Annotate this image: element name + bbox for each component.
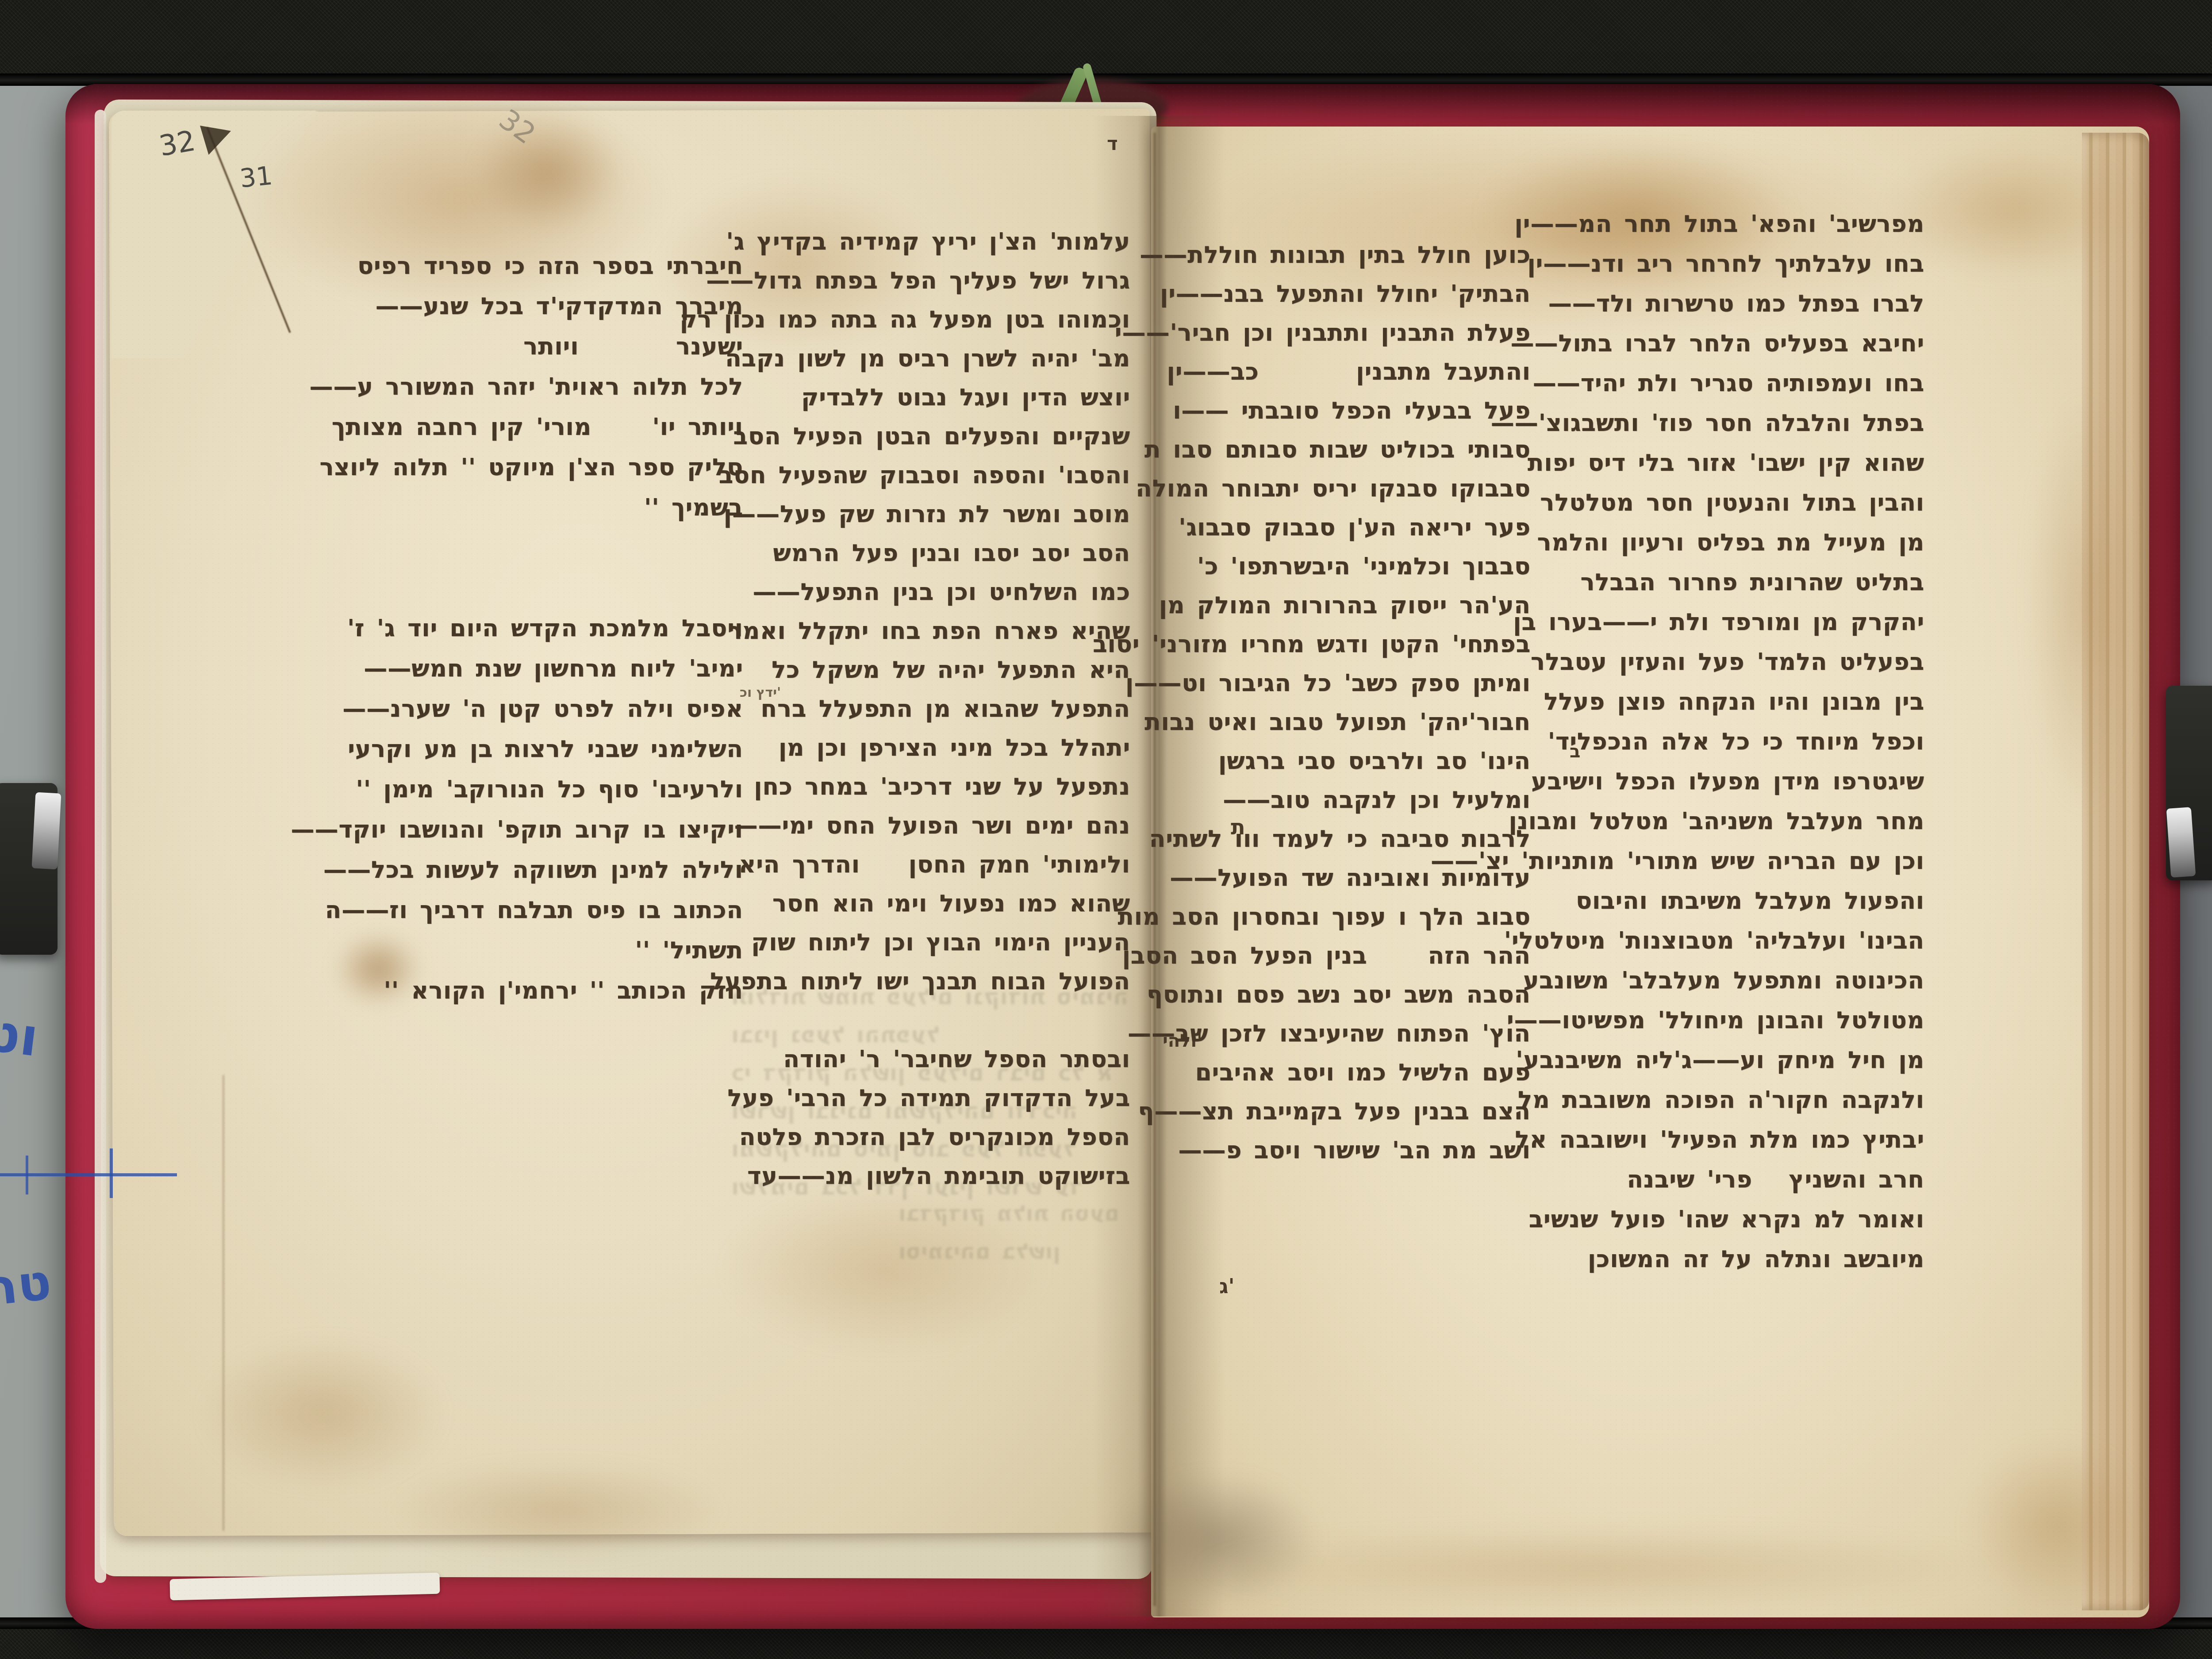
cradle-felt-bottom [0,1629,2212,1659]
blue-tick-mark [26,1156,28,1194]
blue-stamp-mark: טר [0,1253,54,1317]
blue-tick-mark [110,1148,113,1198]
manuscript-photo-stage: 32 31 32 ד ג' ת ב ידץ וכ' ולהי' חיברתי ב… [0,0,2212,1659]
clamp-metal-edge-left [32,792,61,870]
clamp-metal-edge-right [2166,807,2196,878]
blue-stamp-mark: וט [0,1001,42,1068]
cradle-felt-top [0,0,2212,73]
paper-grain-overlay [66,84,2181,1628]
